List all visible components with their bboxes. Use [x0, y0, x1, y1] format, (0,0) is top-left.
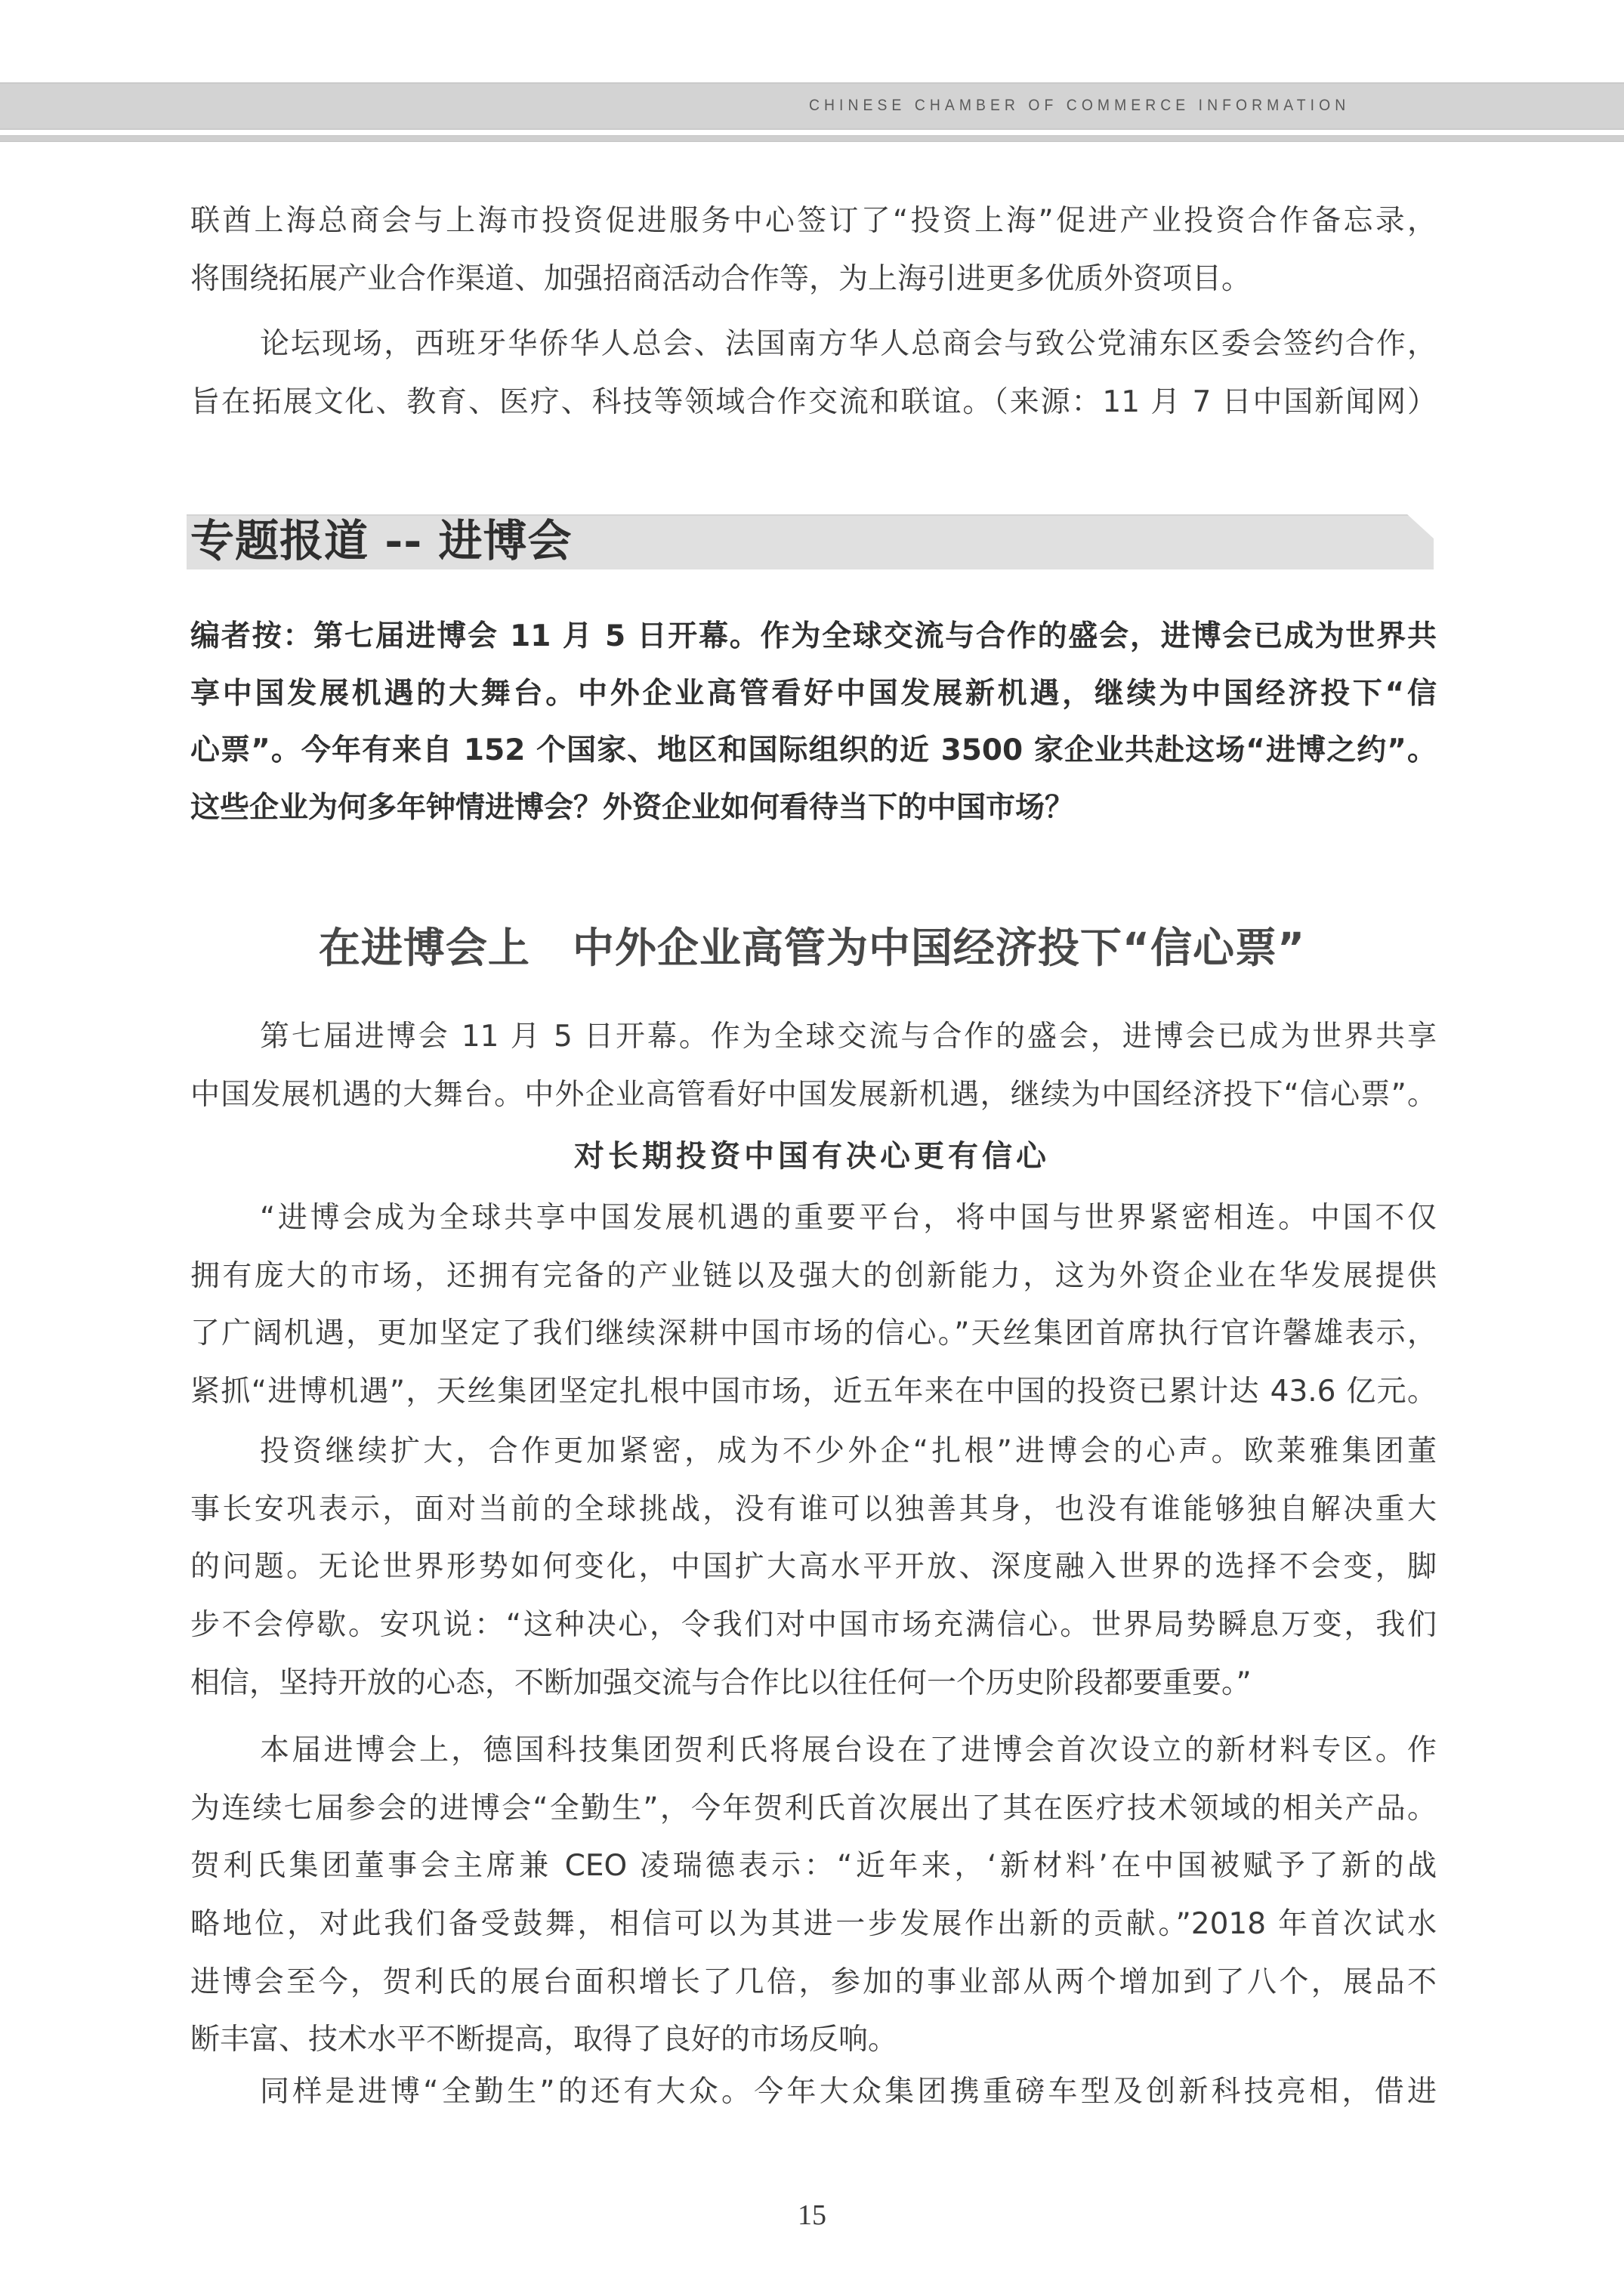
- intro-paragraph-1: 联酋上海总商会与上海市投资促进服务中心签订了“投资上海”促进产业投资合作备忘录，…: [190, 193, 1437, 308]
- text-line: 中国发展机遇的大舞台。中外企业高管看好中国发展新机遇，继续为中国经济投下“信心票…: [190, 1066, 1437, 1125]
- text-line: 的问题。无论世界形势如何变化，中国扩大高水平开放、深度融入世界的选择不会变，脚: [190, 1538, 1437, 1597]
- text-line: 贺利氏集团董事会主席兼 CEO 凌瑞德表示：“近年来，‘新材料’在中国被赋予了新…: [190, 1838, 1437, 1896]
- intro-paragraph-2: 论坛现场，西班牙华侨华人总会、法国南方华人总商会与致公党浦东区委会签约合作， 旨…: [190, 316, 1437, 431]
- text-line: 步不会停歇。安巩说：“这种决心，令我们对中国市场充满信心。世界局势瞬息万变，我们: [190, 1597, 1437, 1655]
- header-rule: [0, 135, 1624, 142]
- text-line: 略地位，对此我们备受鼓舞，相信可以为其进一步发展作出新的贡献。”2018 年首次…: [190, 1896, 1437, 1954]
- text-line: 这些企业为何多年钟情进博会？外资企业如何看待当下的中国市场？: [190, 779, 1437, 837]
- article-paragraph-3: 本届进博会上，德国科技集团贺利氏将展台设在了进博会首次设立的新材料专区。作 为连…: [190, 1722, 1437, 2069]
- text-line: 第七届进博会 11 月 5 日开幕。作为全球交流与合作的盛会，进博会已成为世界共…: [190, 1008, 1437, 1066]
- text-line: 紧抓“进博机遇”，天丝集团坚定扎根中国市场，近五年来在中国的投资已累计达 43.…: [190, 1363, 1437, 1421]
- article-paragraph-1: “进博会成为全球共享中国发展机遇的重要平台，将中国与世界紧密相连。中国不仅 拥有…: [190, 1190, 1437, 1421]
- text-line: 论坛现场，西班牙华侨华人总会、法国南方华人总商会与致公党浦东区委会签约合作，: [190, 316, 1437, 374]
- section-title: 专题报道 -- 进博会: [190, 511, 573, 571]
- text-line: 投资继续扩大，合作更加紧密，成为不少外企“扎根”进博会的心声。欧莱雅集团董: [190, 1423, 1437, 1481]
- text-line: 断丰富、技术水平不断提高，取得了良好的市场反响。: [190, 2011, 1437, 2069]
- text-line: 享中国发展机遇的大舞台。中外企业高管看好中国发展新机遇，继续为中国经济投下“信: [190, 665, 1437, 723]
- text-line: “进博会成为全球共享中国发展机遇的重要平台，将中国与世界紧密相连。中国不仅: [190, 1190, 1437, 1248]
- text-line: 同样是进博“全勤生”的还有大众。今年大众集团携重磅车型及创新科技亮相，借进: [190, 2063, 1437, 2122]
- text-line: 了广阔机遇，更加坚定了我们继续深耕中国市场的信心。”天丝集团首席执行官许馨雄表示…: [190, 1305, 1437, 1363]
- text-line: 将围绕拓展产业合作渠道、加强招商活动合作等，为上海引进更多优质外资项目。: [190, 251, 1437, 309]
- text-line: 心票”。今年有来自 152 个国家、地区和国际组织的近 3500 家企业共赴这场…: [190, 722, 1437, 779]
- article-subheading: 对长期投资中国有决心更有信心: [0, 1137, 1624, 1175]
- text-line: 本届进博会上，德国科技集团贺利氏将展台设在了进博会首次设立的新材料专区。作: [190, 1722, 1437, 1780]
- text-line: 事长安巩表示，面对当前的全球挑战，没有谁可以独善其身，也没有谁能够独自解决重大: [190, 1481, 1437, 1539]
- text-line: 联酋上海总商会与上海市投资促进服务中心签订了“投资上海”促进产业投资合作备忘录，: [190, 193, 1437, 251]
- lead-paragraph: 第七届进博会 11 月 5 日开幕。作为全球交流与合作的盛会，进博会已成为世界共…: [190, 1008, 1437, 1124]
- article-paragraph-4: 同样是进博“全勤生”的还有大众。今年大众集团携重磅车型及创新科技亮相，借进: [190, 2063, 1437, 2122]
- article-title: 在进博会上 中外企业高管为中国经济投下“信心票”: [0, 923, 1624, 973]
- text-line: 拥有庞大的市场，还拥有完备的产业链以及强大的创新能力，这为外资企业在华发展提供: [190, 1248, 1437, 1306]
- text-line: 进博会至今，贺利氏的展台面积增长了几倍，参加的事业部从两个增加到了八个，展品不: [190, 1954, 1437, 2012]
- publication-name: CHINESE CHAMBER OF COMMERCE INFORMATION: [809, 97, 1373, 115]
- text-line: 相信，坚持开放的心态，不断加强交流与合作比以往任何一个历史阶段都要重要。”: [190, 1655, 1437, 1713]
- article-paragraph-2: 投资继续扩大，合作更加紧密，成为不少外企“扎根”进博会的心声。欧莱雅集团董 事长…: [190, 1423, 1437, 1712]
- text-line: 为连续七届参会的进博会“全勤生”，今年贺利氏首次展出了其在医疗技术领域的相关产品…: [190, 1780, 1437, 1838]
- editor-note: 编者按：第七届进博会 11 月 5 日开幕。作为全球交流与合作的盛会，进博会已成…: [190, 608, 1437, 836]
- page-number: 15: [0, 2198, 1624, 2233]
- text-line: 旨在拓展文化、教育、医疗、科技等领域合作交流和联谊。（来源：11 月 7 日中国…: [190, 374, 1437, 432]
- text-line: 编者按：第七届进博会 11 月 5 日开幕。作为全球交流与合作的盛会，进博会已成…: [190, 608, 1437, 665]
